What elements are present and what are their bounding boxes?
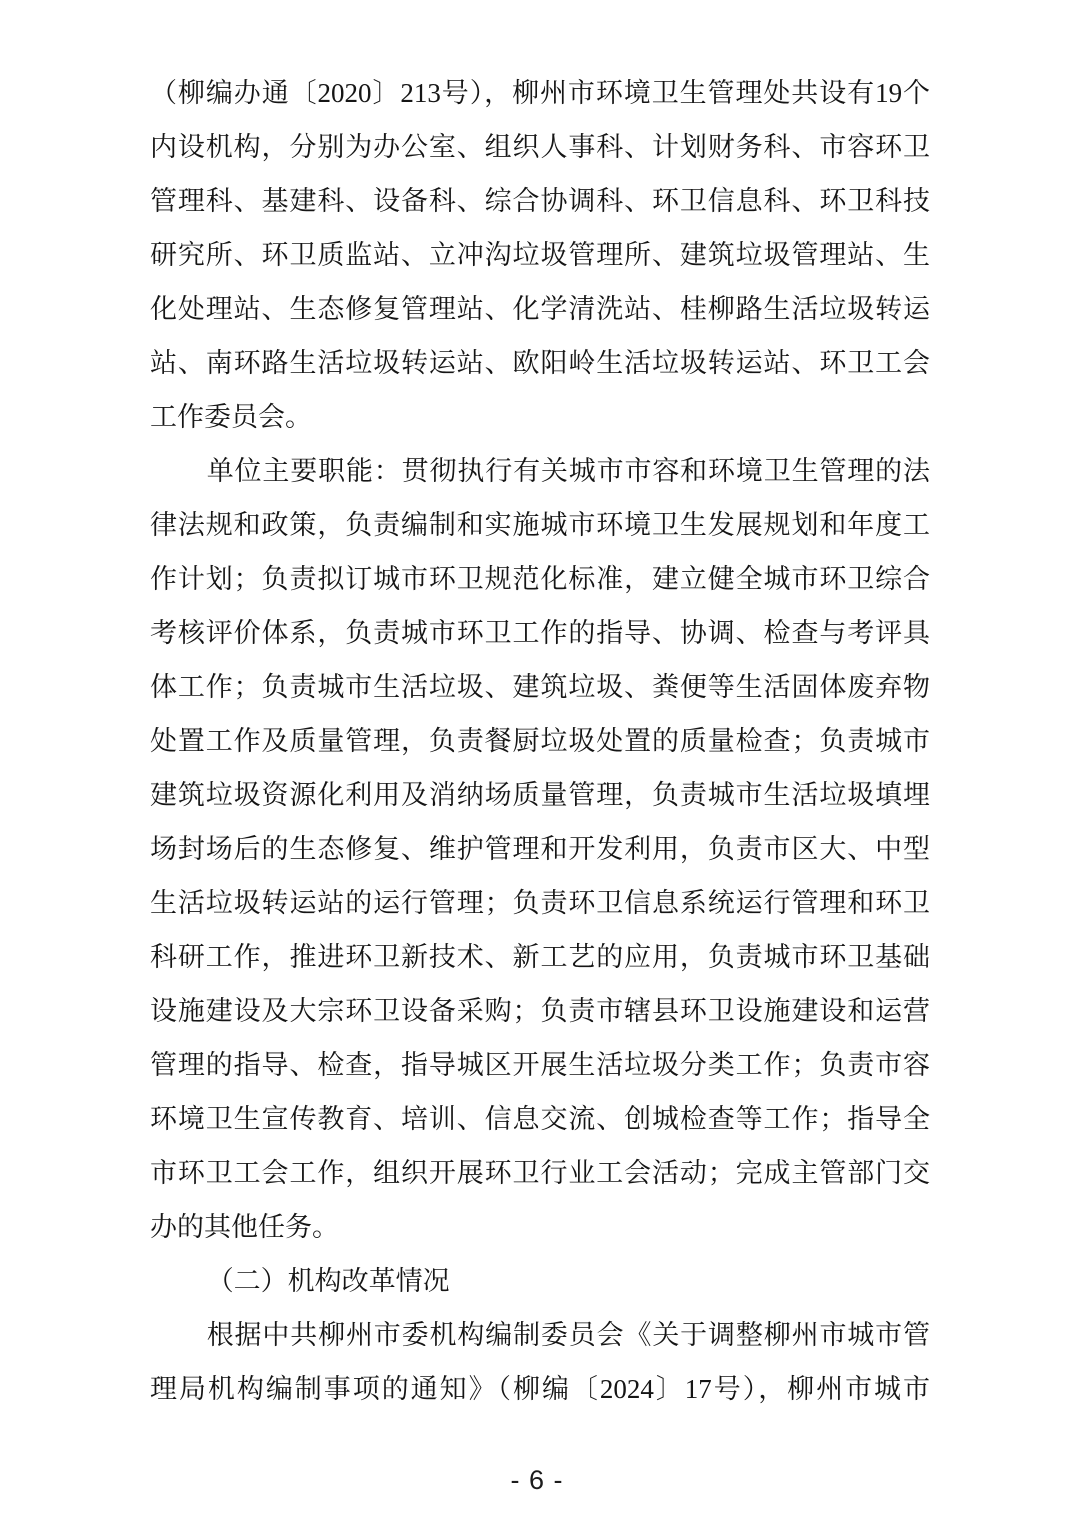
text-line: 办的其他任务。 — [150, 1200, 930, 1254]
text-line: 作计划；负责拟订城市环卫规范化标准，建立健全城市环卫综合 — [150, 552, 930, 606]
text-line: 场封场后的生态修复、维护管理和开发利用，负责市区大、中型 — [150, 822, 930, 876]
text-line: 建筑垃圾资源化利用及消纳场质量管理，负责城市生活垃圾填埋 — [150, 768, 930, 822]
text-line: 站、南环路生活垃圾转运站、欧阳岭生活垃圾转运站、环卫工会 — [150, 336, 930, 390]
section-heading: （二）机构改革情况 — [150, 1254, 930, 1308]
text-line: 科研工作，推进环卫新技术、新工艺的应用，负责城市环卫基础 — [150, 930, 930, 984]
text-line: 律法规和政策，负责编制和实施城市环境卫生发展规划和年度工 — [150, 498, 930, 552]
page-number: - 6 - — [0, 1462, 1074, 1498]
text-line: 生活垃圾转运站的运行管理；负责环卫信息系统运行管理和环卫 — [150, 876, 930, 930]
text-line: 体工作；负责城市生活垃圾、建筑垃圾、粪便等生活固体废弃物 — [150, 660, 930, 714]
text-line: 设施建设及大宗环卫设备采购；负责市辖县环卫设施建设和运营 — [150, 984, 930, 1038]
text-line: 处置工作及质量管理，负责餐厨垃圾处置的质量检查；负责城市 — [150, 714, 930, 768]
document-page: （柳编办通〔2020〕213号），柳州市环境卫生管理处共设有19个 内设机构，分… — [0, 0, 1074, 1520]
text-line: 考核评价体系，负责城市环卫工作的指导、协调、检查与考评具 — [150, 606, 930, 660]
text-line: 化处理站、生态修复管理站、化学清洗站、桂柳路生活垃圾转运 — [150, 282, 930, 336]
text-line: 研究所、环卫质监站、立冲沟垃圾管理所、建筑垃圾管理站、生 — [150, 228, 930, 282]
text-line: （柳编办通〔2020〕213号），柳州市环境卫生管理处共设有19个 — [150, 66, 930, 120]
text-line: 工作委员会。 — [150, 390, 930, 444]
text-line: 根据中共柳州市委机构编制委员会《关于调整柳州市城市管 — [150, 1308, 930, 1362]
document-body: （柳编办通〔2020〕213号），柳州市环境卫生管理处共设有19个 内设机构，分… — [150, 66, 930, 1416]
text-line: 内设机构，分别为办公室、组织人事科、计划财务科、市容环卫 — [150, 120, 930, 174]
text-line: 单位主要职能：贯彻执行有关城市市容和环境卫生管理的法 — [150, 444, 930, 498]
text-line: 理局机构编制事项的通知》（柳编〔2024〕17号），柳州市城市 — [150, 1362, 930, 1416]
text-line: 市环卫工会工作，组织开展环卫行业工会活动；完成主管部门交 — [150, 1146, 930, 1200]
text-line: 管理的指导、检查，指导城区开展生活垃圾分类工作；负责市容 — [150, 1038, 930, 1092]
text-line: 环境卫生宣传教育、培训、信息交流、创城检查等工作；指导全 — [150, 1092, 930, 1146]
text-line: 管理科、基建科、设备科、综合协调科、环卫信息科、环卫科技 — [150, 174, 930, 228]
